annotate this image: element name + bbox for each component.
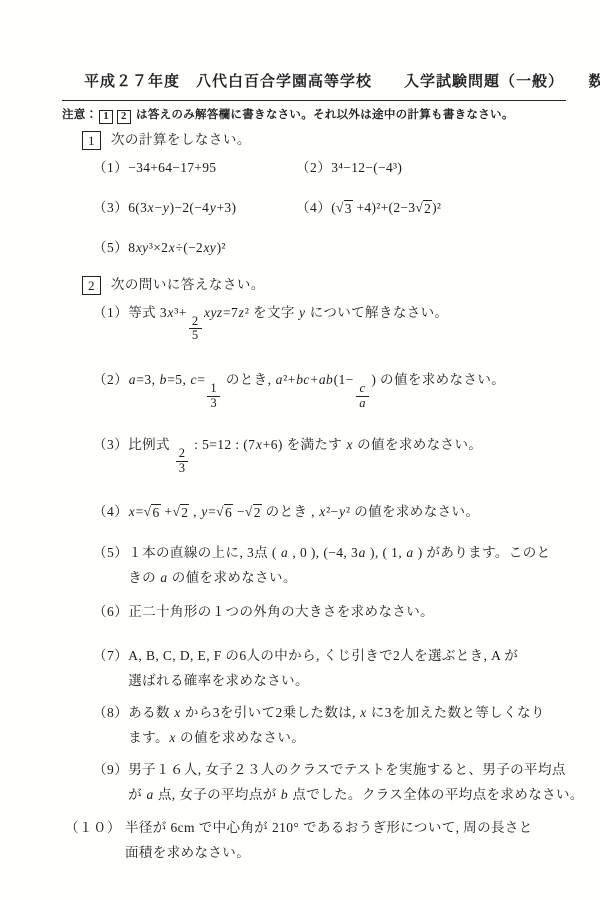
problem-text: a=3, b=5, c=13 のとき, a²+bc+ab(1−ca) の値を求め… (128, 367, 570, 410)
problem-2-2: （2） a=3, b=5, c=13 のとき, a²+bc+ab(1−ca) の… (93, 367, 570, 410)
problem-label: （1） (93, 157, 128, 179)
section1-heading: 次の計算をしなさい。 (111, 132, 251, 147)
notice-line: 注意：12 は答えのみ解答欄に書きなさい。それ以外は途中の計算も書きなさい。 (62, 106, 570, 124)
problem-expression: 3⁴−12−(−4³) (331, 157, 402, 179)
problem-body: １本の直線の上に, 3点 ( a , 0 ), (−4, 3a ), ( 1, … (128, 540, 570, 590)
section2-number-box: 2 (82, 276, 101, 295)
problem-body: 比例式 23 : 5=12 : (7x+6) を満たす x の値を求めなさい。 (128, 432, 570, 475)
notice-prefix: 注意： (62, 109, 97, 121)
problem-row: （1） −34+64−17+95 （2） 3⁴−12−(−4³) (93, 157, 570, 179)
problem-body: a=3, b=5, c=13 のとき, a²+bc+ab(1−ca) の値を求め… (128, 367, 570, 410)
problem-2-3: （3） 比例式 23 : 5=12 : (7x+6) を満たす x の値を求めな… (93, 432, 570, 475)
problem-text: きの a の値を求めなさい。 (128, 565, 570, 590)
section1-problems: （1） −34+64−17+95 （2） 3⁴−12−(−4³) （3） 6(3… (93, 157, 570, 259)
problem-2-6: （6） 正二十角形の１つの外角の大きさを求めなさい。 (93, 599, 570, 624)
problem-text: 選ばれる確率を求めなさい。 (128, 668, 570, 693)
problem-text: ある数 x から3を引いて2乗した数は, x に3を加えた数と等しくなり (128, 700, 570, 725)
problem-body: x=√6 +√2 , y=√6 −√2 のとき , x²−y² の値を求めなさい… (128, 499, 570, 524)
problem-label: （9） (93, 757, 128, 807)
problem-text: が a 点, 女子の平均点が b 点でした。クラス全体の平均点を求めなさい。 (128, 782, 584, 807)
problem-label: （3） (93, 197, 128, 219)
problem-1-4: （4） (√3 +4)²+(2−3√2)² (296, 197, 441, 219)
problem-body: ある数 x から3を引いて2乗した数は, x に3を加えた数と等しくなり ます。… (128, 700, 570, 750)
problem-body: 等式 3x³+25xyz=7z² を文字 y について解きなさい。 (128, 300, 570, 343)
problem-label: （5） (93, 540, 128, 590)
problem-2-5: （5） １本の直線の上に, 3点 ( a , 0 ), (−4, 3a ), (… (93, 540, 570, 590)
notice-text: は答えのみ解答欄に書きなさい。それ以外は途中の計算も書きなさい。 (136, 109, 514, 121)
problem-2-7: （7） A, B, C, D, E, F の6人の中から, くじ引きで2人を選ぶ… (93, 643, 570, 693)
problem-label: （6） (93, 599, 128, 624)
problem-2-4: （4） x=√6 +√2 , y=√6 −√2 のとき , x²−y² の値を求… (93, 499, 570, 524)
problem-label: （1） (93, 300, 128, 343)
problem-1-3: （3） 6(3x−y)−2(−4y+3) (93, 197, 296, 219)
problem-2-10: （１０） 半径が 6cm で中心角が 210° であるおうぎ形について, 周の長… (65, 815, 570, 865)
problem-1-1: （1） −34+64−17+95 (93, 157, 296, 179)
problem-body: A, B, C, D, E, F の6人の中から, くじ引きで2人を選ぶとき, … (128, 643, 570, 693)
problem-1-5: （5） 8xy³×2x÷(−2xy)² (93, 237, 296, 259)
page-title: 平成２７年度 八代白百合学園高等学校 入学試験問題（一般） 数学 (84, 70, 570, 91)
problem-body: 男子１６人, 女子２３人のクラスでテストを実施すると、男子の平均点 が a 点,… (128, 757, 584, 807)
problem-expression: 8xy³×2x÷(−2xy)² (128, 237, 225, 259)
problem-2-8: （8） ある数 x から3を引いて2乗した数は, x に3を加えた数と等しくなり… (93, 700, 570, 750)
problem-1-2: （2） 3⁴−12−(−4³) (296, 157, 402, 179)
problem-label: （5） (93, 237, 128, 259)
problem-text: 男子１６人, 女子２３人のクラスでテストを実施すると、男子の平均点 (128, 757, 584, 782)
problem-text: A, B, C, D, E, F の6人の中から, くじ引きで2人を選ぶとき, … (128, 643, 570, 668)
problem-expression: 6(3x−y)−2(−4y+3) (128, 197, 236, 219)
exam-paper: 平成２７年度 八代白百合学園高等学校 入学試験問題（一般） 数学 注意：12 は… (0, 0, 600, 900)
problem-label: （7） (93, 643, 128, 693)
problem-label: （4） (93, 499, 128, 524)
problem-label: （2） (296, 157, 331, 179)
section2-heading: 次の問いに答えなさい。 (111, 277, 265, 292)
section1-number-box: 1 (82, 131, 101, 150)
problem-text: 正二十角形の１つの外角の大きさを求めなさい。 (128, 599, 570, 624)
problem-2-1: （1） 等式 3x³+25xyz=7z² を文字 y について解きなさい。 (93, 300, 570, 343)
problem-label: （3） (93, 432, 128, 475)
problem-label: （8） (93, 700, 128, 750)
title-divider (62, 100, 566, 101)
problem-text: 半径が 6cm で中心角が 210° であるおうぎ形について, 周の長さと (125, 815, 570, 840)
problem-row: （3） 6(3x−y)−2(−4y+3) （4） (√3 +4)²+(2−3√2… (93, 197, 570, 219)
problem-label: （4） (296, 197, 331, 219)
notice-box-1: 1 (99, 110, 113, 124)
problem-text: 比例式 23 : 5=12 : (7x+6) を満たす x の値を求めなさい。 (128, 432, 570, 475)
section2-header: 2 次の問いに答えなさい。 (82, 273, 570, 295)
notice-box-2: 2 (117, 110, 131, 124)
problem-text: x=√6 +√2 , y=√6 −√2 のとき , x²−y² の値を求めなさい… (128, 499, 570, 524)
problem-text: 面積を求めなさい。 (125, 840, 570, 865)
problem-text: ます。x の値を求めなさい。 (128, 725, 570, 750)
problem-2-9: （9） 男子１６人, 女子２３人のクラスでテストを実施すると、男子の平均点 が … (93, 757, 570, 807)
problem-text: 等式 3x³+25xyz=7z² を文字 y について解きなさい。 (128, 300, 570, 343)
problem-expression: −34+64−17+95 (128, 157, 216, 179)
problem-body: 正二十角形の１つの外角の大きさを求めなさい。 (128, 599, 570, 624)
problem-text: １本の直線の上に, 3点 ( a , 0 ), (−4, 3a ), ( 1, … (128, 540, 570, 565)
problem-body: 半径が 6cm で中心角が 210° であるおうぎ形について, 周の長さと 面積… (125, 815, 570, 865)
problem-row: （5） 8xy³×2x÷(−2xy)² (93, 237, 570, 259)
problem-label: （１０） (65, 815, 125, 865)
problem-expression: (√3 +4)²+(2−3√2)² (331, 197, 441, 219)
section1-header: 1 次の計算をしなさい。 (82, 128, 570, 150)
problem-label: （2） (93, 367, 128, 410)
